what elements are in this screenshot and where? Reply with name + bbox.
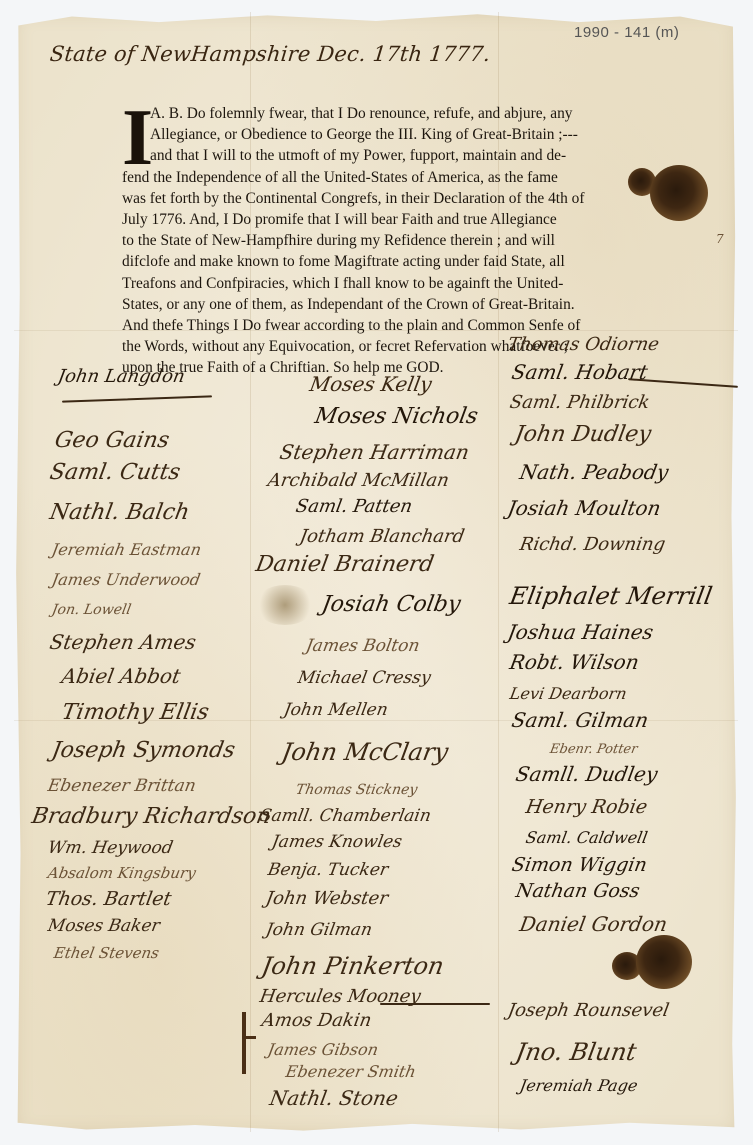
signature: Joseph Rounsevel [506,1000,671,1021]
signature: Joseph Symonds [50,738,237,763]
signature: Archibald McMillan [266,470,451,491]
signature: Joshua Haines [506,620,655,644]
signature: John Gilman [264,920,374,940]
signature: Saml. Patten [294,496,414,517]
signature: Saml. Cutts [48,460,182,485]
signature: Michael Cressy [296,668,432,688]
signature: Thos. Bartlet [44,888,173,910]
signature: Eliphalet Merrill [508,582,715,610]
signature: Samll. Chamberlain [258,806,432,826]
signature: Wm. Heywood [46,838,174,858]
signature: Henry Robie [524,796,649,818]
signature: Geo Gains [53,428,171,453]
oath-line: A. B. Do folemnly fwear, that I Do renou… [122,103,670,124]
signature: Benja. Tucker [266,860,390,880]
signature: John Pinkerton [260,952,447,980]
signature: Moses Nichols [313,404,480,429]
signature: Stephen Ames [48,630,198,654]
signature: Stephen Harriman [278,440,471,464]
oath-line: and that I will to the utmoft of my Powe… [122,145,670,166]
signature: Levi Dearborn [508,684,628,703]
signature: Moses Kelly [308,372,434,396]
signature: James Gibson [266,1040,380,1059]
signature: Ebenezer Brittan [46,776,197,796]
signature: Amos Dakin [260,1010,373,1031]
signature: John Dudley [513,422,653,447]
signature: Ebenezer Smith [284,1062,417,1081]
signature: Jeremiah Eastman [50,540,202,559]
signature: Daniel Brainerd [254,552,436,577]
signature: Saml. Hobart [510,360,650,384]
oath-line: Treafons and Confpiracies, which I fhall… [122,273,670,294]
signature: Nathan Goss [514,880,641,902]
signature: Thomas Odiorne [506,334,661,355]
signature: Samll. Dudley [514,762,660,786]
oath-line: States, or any one of them, as Independa… [122,294,670,315]
smudge [255,585,315,625]
signature: Nathl. Stone [268,1086,400,1110]
signature: Robt. Wilson [508,650,641,674]
signature: John Mellen [282,700,389,720]
signature: Josiah Colby [320,592,463,617]
signature: Jon. Lowell [51,602,133,618]
signature: Saml. Philbrick [508,392,651,413]
signature: James Knowles [270,832,403,852]
signature: Abiel Abbot [60,664,183,688]
signature: Thomas Stickney [295,782,419,798]
signature: Ebenr. Potter [549,742,639,757]
signature: John Webster [264,888,390,909]
oath-line: Allegiance, or Obedience to George the I… [122,124,670,145]
signature: Bradbury Richardson [30,804,273,829]
signature: Moses Baker [46,916,161,936]
margin-mark: 7 [716,232,724,246]
oath-line: difclofe and make known to fome Magiftra… [122,251,670,272]
signature: James Underwood [50,570,202,589]
document-heading: State of NewHampshire Dec. 17th 1777. [49,42,492,66]
catalog-number: 1990 - 141 (m) [574,24,679,41]
signature: Nath. Peabody [518,460,671,484]
signature: Jotham Blanchard [298,526,466,547]
ink-stain [636,935,692,989]
bracket-mark [242,1012,246,1074]
signature: Richd. Downing [518,534,667,555]
signature: James Bolton [304,636,421,656]
signature: Nathl. Balch [48,500,192,525]
signature-flourish [380,1003,490,1005]
ink-stain [650,165,708,221]
oath-line: July 1776. And, I Do promife that I will… [122,209,670,230]
oath-line: was fet forth by the Continental Congref… [122,188,670,209]
signature: John Langdon [56,366,186,387]
signature: Jno. Blunt [514,1038,639,1066]
oath-line: to the State of New-Hampfhire during my … [122,230,670,251]
oath-line: fend the Independence of all the United-… [122,167,670,188]
signature: Ethel Stevens [52,944,160,962]
signature: Simon Wiggin [510,854,649,876]
signature: Jeremiah Page [518,1076,639,1095]
signature: Absalom Kingsbury [46,864,197,882]
signature: Saml. Caldwell [524,828,649,847]
signature: Daniel Gordon [518,912,669,936]
signature: Josiah Moulton [506,496,663,520]
signature: John McClary [280,738,451,766]
signature: Saml. Gilman [510,708,650,732]
signature: Timothy Ellis [60,700,211,725]
